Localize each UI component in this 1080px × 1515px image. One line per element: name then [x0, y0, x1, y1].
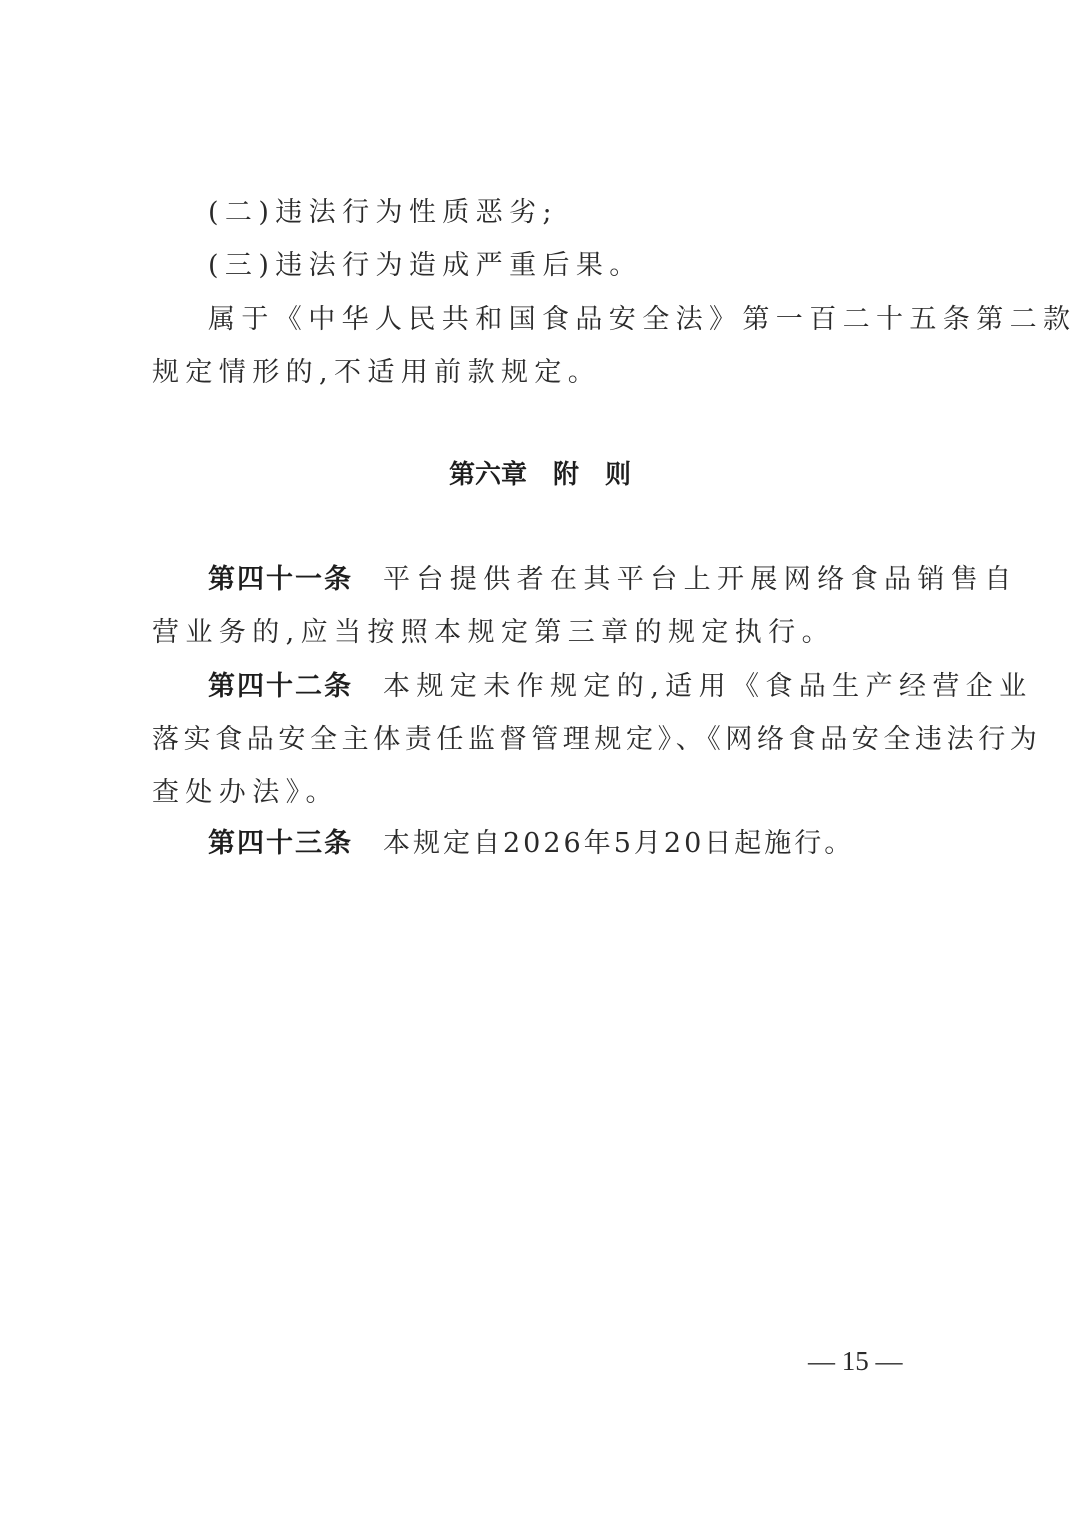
article-42-line-1: 第四十二条本规定未作规定的,适用《食品生产经营企业 [208, 670, 932, 704]
document-page: (二)违法行为性质恶劣; (三)违法行为造成严重后果。 属于《中华人民共和国食品… [0, 0, 1080, 1515]
article-41-line-1: 第四十一条平台提供者在其平台上开展网络食品销售自 [208, 563, 932, 597]
article-41-label: 第四十一条 [208, 564, 353, 595]
chapter-heading: 第六章 附 则 [0, 458, 1080, 492]
paragraph-item-2: (二)违法行为性质恶劣; [208, 196, 932, 230]
article-43-label: 第四十三条 [208, 828, 353, 859]
article-42-line-2: 落实食品安全主体责任监督管理规定》、《网络食品安全违法行为 [152, 723, 932, 757]
paragraph-exception-line-1: 属于《中华人民共和国食品安全法》第一百二十五条第二款 [208, 303, 932, 337]
article-42-line-3: 查处办法》。 [152, 776, 932, 810]
article-41-line-2: 营业务的,应当按照本规定第三章的规定执行。 [152, 616, 932, 650]
paragraph-item-3: (三)违法行为造成严重后果。 [208, 249, 932, 283]
article-43-text: 本规定自2026年5月20日起施行。 [383, 828, 854, 859]
article-43-line-1: 第四十三条本规定自2026年5月20日起施行。 [208, 827, 932, 861]
article-42-text: 本规定未作规定的,适用《食品生产经营企业 [383, 671, 1033, 702]
article-42-label: 第四十二条 [208, 671, 353, 702]
page-number: — 15 — [808, 1344, 903, 1378]
paragraph-exception-line-2: 规定情形的,不适用前款规定。 [152, 356, 932, 390]
article-41-text: 平台提供者在其平台上开展网络食品销售自 [383, 564, 1018, 595]
